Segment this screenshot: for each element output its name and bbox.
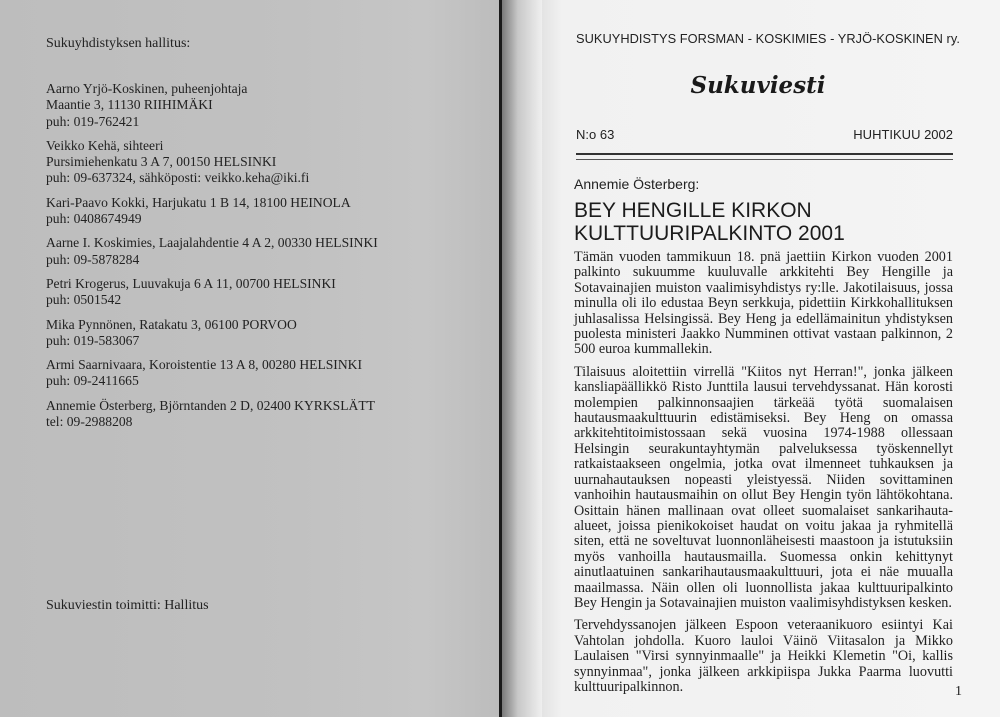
member-name-line: Petri Krogerus, Luuvakuja 6 A 11, 00700 … <box>46 276 466 292</box>
member-name-line: Armi Saarnivaara, Koroistentie 13 A 8, 0… <box>46 357 466 373</box>
page-number: 1 <box>955 684 962 700</box>
board-members-list: Aarno Yrjö-Koskinen, puheenjohtajaMaanti… <box>46 81 466 438</box>
article-body: Tämän vuoden tammikuun 18. pnä jaettiin … <box>574 250 953 702</box>
member-detail-line: Pursimiehenkatu 3 A 7, 00150 HELSINKI <box>46 154 466 170</box>
editor-note: Sukuviestin toimitti: Hallitus <box>46 598 209 614</box>
member-detail-line: puh: 019-583067 <box>46 333 466 349</box>
member-detail-line: puh: 019-762421 <box>46 114 466 130</box>
issue-date: HUHTIKUU 2002 <box>853 127 953 142</box>
member-name-line: Mika Pynnönen, Ratakatu 3, 06100 PORVOO <box>46 317 466 333</box>
article-paragraph: Tämän vuoden tammikuun 18. pnä jaettiin … <box>574 250 953 358</box>
board-member: Aarne I. Koskimies, Laajalahdentie 4 A 2… <box>46 235 466 268</box>
article-headline: BEY HENGILLE KIRKON KULTTUURIPALKINTO 20… <box>574 199 964 245</box>
member-name-line: Kari-Paavo Kokki, Harjukatu 1 B 14, 1810… <box>46 195 466 211</box>
member-detail-line: puh: 09-5878284 <box>46 252 466 268</box>
association-name: SUKUYHDISTYS FORSMAN - KOSKIMIES - YRJÖ-… <box>576 31 960 46</box>
board-member: Armi Saarnivaara, Koroistentie 13 A 8, 0… <box>46 357 466 390</box>
left-page: Sukuyhdistyksen hallitus: Aarno Yrjö-Kos… <box>0 0 500 717</box>
member-detail-line: puh: 0408674949 <box>46 211 466 227</box>
issue-number: N:o 63 <box>576 127 614 142</box>
member-name-line: Veikko Kehä, sihteeri <box>46 138 466 154</box>
member-detail-line: Maantie 3, 11130 RIIHIMÄKI <box>46 97 466 113</box>
newsletter-masthead: Sukuviesti <box>548 72 968 99</box>
board-title: Sukuyhdistyksen hallitus: <box>46 36 190 52</box>
board-member: Aarno Yrjö-Koskinen, puheenjohtajaMaanti… <box>46 81 466 130</box>
member-name-line: Aarno Yrjö-Koskinen, puheenjohtaja <box>46 81 466 97</box>
article-author: Annemie Österberg: <box>574 176 699 192</box>
board-member: Kari-Paavo Kokki, Harjukatu 1 B 14, 1810… <box>46 195 466 228</box>
member-detail-line: tel: 09-2988208 <box>46 414 466 430</box>
board-member: Veikko Kehä, sihteeriPursimiehenkatu 3 A… <box>46 138 466 187</box>
member-detail-line: puh: 09-2411665 <box>46 373 466 389</box>
board-member: Mika Pynnönen, Ratakatu 3, 06100 PORVOOp… <box>46 317 466 350</box>
gutter-shadow <box>502 0 542 717</box>
member-name-line: Annemie Österberg, Björntanden 2 D, 0240… <box>46 398 466 414</box>
header-divider <box>576 153 953 160</box>
member-detail-line: puh: 0501542 <box>46 292 466 308</box>
member-detail-line: puh: 09-637324, sähköposti: veikko.keha@… <box>46 170 466 186</box>
article-paragraph: Tilaisuus aloitettiin virrellä "Kiitos n… <box>574 365 953 612</box>
board-member: Annemie Österberg, Björntanden 2 D, 0240… <box>46 398 466 431</box>
book-spread: Sukuyhdistyksen hallitus: Aarno Yrjö-Kos… <box>0 0 1000 717</box>
member-name-line: Aarne I. Koskimies, Laajalahdentie 4 A 2… <box>46 235 466 251</box>
article-paragraph: Tervehdyssanojen jälkeen Espoon veteraan… <box>574 618 953 695</box>
board-member: Petri Krogerus, Luuvakuja 6 A 11, 00700 … <box>46 276 466 309</box>
